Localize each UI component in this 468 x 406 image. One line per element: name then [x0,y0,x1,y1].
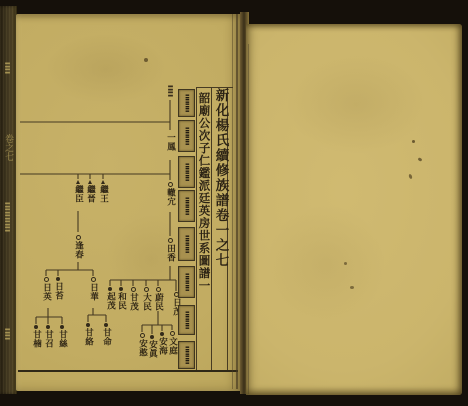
page-subtitle: 韶廟公次子仁鑑派廷英房世系圖譜一 [198,92,210,364]
person-name: 田香 [166,244,175,262]
person-name: 甘茂 [129,293,138,311]
reference-tab-text: 〓〓〓〓 [184,127,189,145]
tree-node: 大民 [140,287,152,311]
lineage-marker-icon [150,335,154,339]
person-name: 起茂 [106,292,115,310]
paper-blemish [408,174,413,180]
person-name: 日英 [42,283,51,301]
person-name: 逢春 [74,241,83,259]
lineage-marker-icon [91,277,96,282]
person-name: 和民 [117,292,126,310]
person-name: 甘楠 [32,330,41,348]
paper-blemish [344,262,347,265]
lineage-marker-icon [101,180,105,184]
reference-tab: 〓〓〓〓 [178,341,195,369]
lineage-marker-icon [156,287,161,292]
reference-tab: 〓〓〓〓 [178,120,195,152]
lineage-marker-icon [144,287,149,292]
person-name: 甘召 [44,330,53,348]
reference-tab: 〓〓〓〓 [178,190,195,222]
lineage-marker-icon [169,130,172,132]
tree-node: 和民 [115,287,127,310]
lineage-marker-icon [46,325,50,329]
reference-tab: 〓〓〓〓 [178,227,195,261]
person-name: 日華 [89,283,98,301]
page-edge-line [248,44,249,394]
lineage-marker-icon [131,287,136,292]
tree-node: 日苔 [52,277,64,300]
paper-blemish [412,140,415,143]
reference-tab-text: 〓〓〓〓 [184,346,189,364]
reference-tab-text: 〓〓〓〓 [184,311,189,329]
lineage-marker-icon [60,325,64,329]
person-name: 文庭 [168,337,177,355]
tree-node: 繼臣 [72,180,84,203]
page-title: 新化楊氏續修族譜卷一之七 [213,88,227,366]
paper-stain [266,204,386,324]
person-name: 甘絡 [84,328,93,346]
reference-tab: 〓〓〓〓 [178,305,195,335]
left-page-genealogy-chart: 〓〓 一鳳 轍宂 繼王 繼晉 繼臣 田香 逢春 日英 日苔 日華 起茂 和民 甘… [16,14,240,391]
tree-node: 甘楠 [30,325,42,348]
lineage-marker-icon [119,287,123,291]
tree-node: 日華 [87,277,99,301]
person-name: 日苔 [54,282,63,300]
tree-node: 甘茂 [127,287,139,311]
lineage-marker-icon [56,277,60,281]
tree-node: 甘召 [42,325,54,348]
lineage-marker-icon [34,325,38,329]
spine-text-fragment: 〓〓〓〓〓 [3,202,9,232]
tree-node: 田香 [164,238,176,262]
tree-node: 甘絡 [82,323,94,346]
page-fold-line [232,14,233,389]
lineage-marker-icon [140,333,145,338]
tree-node: 蔚民 [152,287,164,311]
photo-of-open-genealogy-book: 〓〓 卷之七 〓〓〓〓〓 〓〓 [0,0,468,406]
person-name: 繼臣 [74,185,83,203]
paper-stain [286,54,426,154]
lineage-marker-icon [168,238,173,243]
column-rule [196,87,197,370]
reference-tab-text: 〓〓〓〓 [184,163,189,181]
tree-node: 轍宂 [164,182,176,206]
tree-node: 文庭 [166,331,178,355]
person-name: 轍宂 [166,188,175,206]
reference-tab: 〓〓〓〓 [178,156,195,188]
lineage-marker-icon [86,323,90,327]
tree-node: 繼王 [97,180,109,203]
person-name: 大民 [142,293,151,311]
lineage-marker-icon [76,180,80,184]
tree-node: 一鳳 [164,130,176,151]
spine-text-fragment: 〓〓 [3,62,9,74]
page-fold-line [236,14,238,389]
reference-tab-text: 〓〓〓〓 [184,197,189,215]
person-name: 繼王 [99,185,108,203]
spine-volume-label: 卷之七 [3,134,12,161]
lineage-marker-icon [88,180,92,184]
lineage-marker-icon [76,235,81,240]
reference-tab-text: 〓〓〓〓 [184,94,189,112]
frame-rule-bottom [18,370,238,372]
right-page-blank [246,24,462,395]
lineage-marker-icon [160,332,164,336]
person-name: 甘命 [102,328,111,346]
paper-blemish [418,157,423,162]
tree-node: 繼晉 [84,180,96,203]
person-name: 一鳳 [166,133,175,151]
book-spine-edge: 〓〓 卷之七 〓〓〓〓〓 〓〓 [0,6,17,394]
reference-tab-text: 〓〓〓〓 [184,273,189,291]
tree-node: 逢春 [72,235,84,259]
spine-text-fragment: 〓〓 [3,328,9,340]
lineage-marker-icon [44,277,49,282]
reference-tab: 〓〓〓〓 [178,266,195,298]
reference-tab-text: 〓〓〓〓 [184,235,189,253]
lineage-origin-note: 〓〓 [162,85,172,97]
person-name: 繼晉 [86,185,95,203]
lineage-marker-icon [108,287,112,291]
tree-node: 甘絲 [56,325,68,348]
reference-tab: 〓〓〓〓 [178,89,195,117]
lineage-marker-icon [170,331,175,336]
tree-node: 甘命 [100,323,112,346]
lineage-marker-icon [168,182,173,187]
tree-node: 日英 [40,277,52,301]
person-name: 甘絲 [58,330,67,348]
paper-blemish [350,286,354,289]
person-name: 蔚民 [154,293,163,311]
lineage-marker-icon [104,323,108,327]
